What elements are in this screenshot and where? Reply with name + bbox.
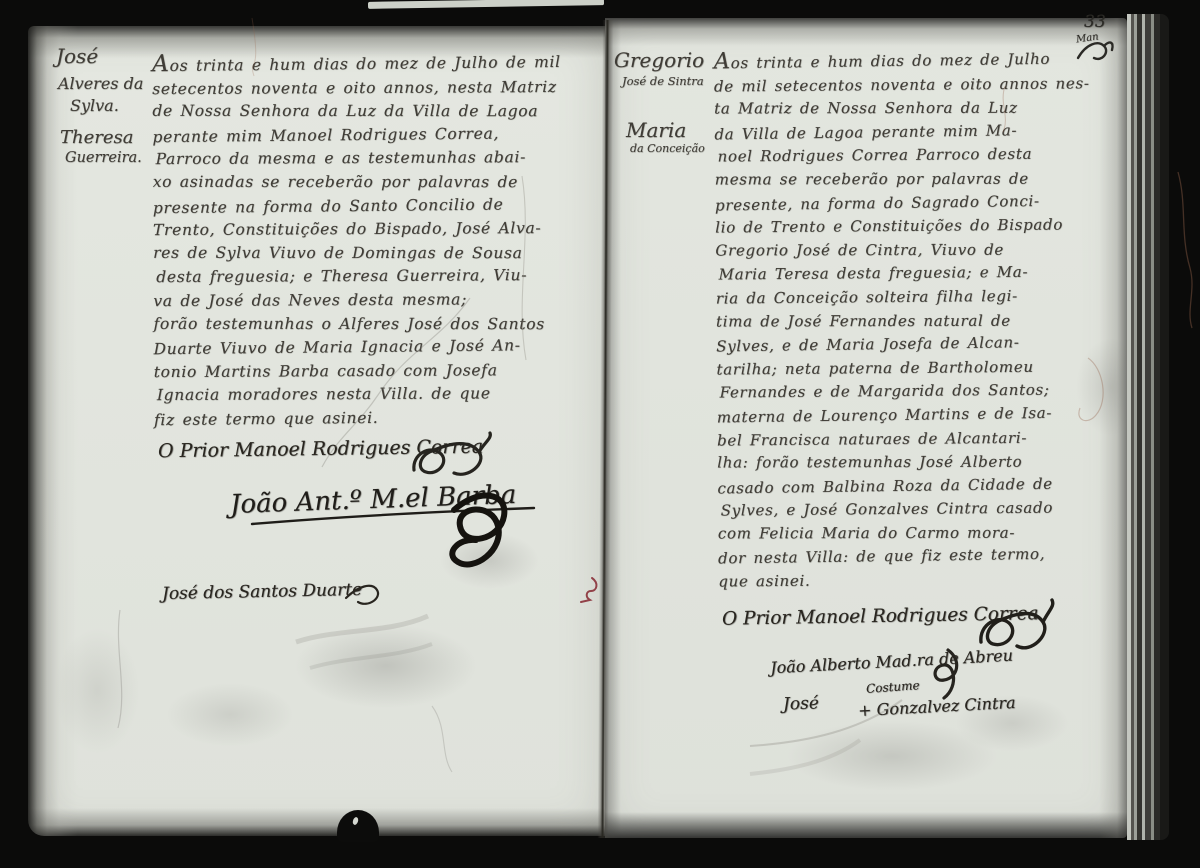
scan-artifacts-overlay [0,0,1200,868]
scanned-book-spread: 33 Man JoséAlveres daSylva.TheresaGuerre… [0,0,1200,868]
